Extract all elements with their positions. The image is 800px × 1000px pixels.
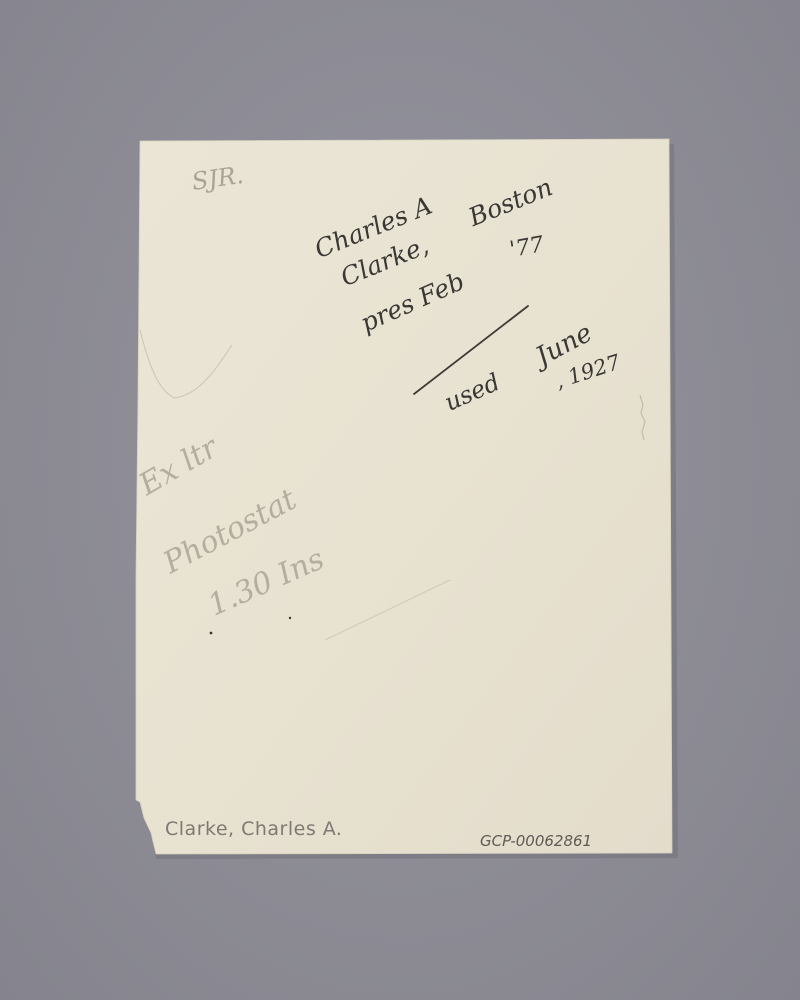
paper-sheet: SJR. Charles A Clarke, Boston pres Feb '… [0, 0, 800, 1000]
catalog-id-label: GCP-00062861 [480, 832, 592, 850]
name-label: Clarke, Charles A. [165, 818, 342, 840]
paper-shape [0, 0, 800, 1000]
